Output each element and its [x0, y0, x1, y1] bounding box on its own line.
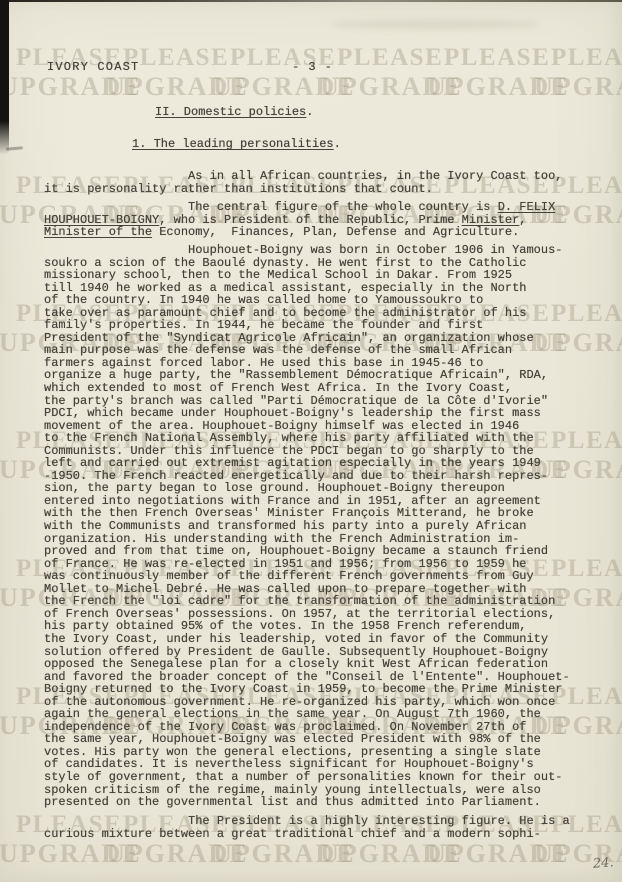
paragraph-1: As in all African countries, in the Ivor…	[44, 170, 562, 195]
subsection-heading: 1. The leading personalities.	[132, 138, 341, 151]
document-page: PLEASEUPGRADEPLEASEUPGRADEPLEASEUPGRADEP…	[0, 0, 622, 882]
header-country: IVORY COAST	[47, 61, 139, 74]
paragraph-3: Houphouet-Boigny was born in October 190…	[44, 244, 570, 809]
paragraph-4: The President is a highly interesting fi…	[44, 815, 570, 840]
paragraph-2: The central figure of the whole country …	[44, 201, 555, 239]
typewritten-content: IVORY COAST - 3 - II. Domestic policies.…	[0, 0, 622, 882]
page-corner-number: 24.	[593, 855, 615, 871]
page-number: - 3 -	[292, 61, 333, 74]
section-heading: II. Domestic policies.	[155, 106, 313, 119]
